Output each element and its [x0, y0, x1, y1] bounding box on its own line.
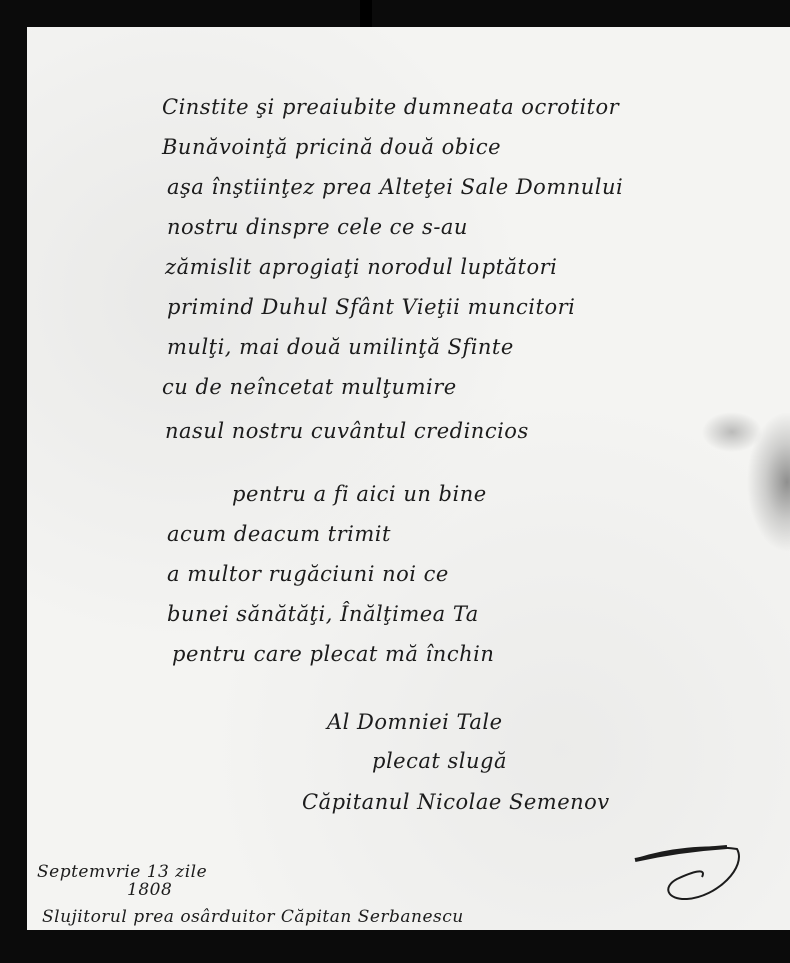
signature: Căpitanul Nicolae Semenov: [302, 790, 610, 814]
paragraph2-line: pentru a fi aici un bine: [232, 482, 487, 506]
body-line: Cinstite şi preaiubite dumneata ocrotito…: [162, 95, 619, 119]
closing-line: plecat slugă: [372, 749, 507, 773]
paragraph2-line: a multor rugăciuni noi ce: [167, 562, 449, 586]
paragraph2-line: bunei sănătăţi, Înălţimea Ta: [167, 602, 479, 626]
date-note: Septemvrie 13 zile: [37, 862, 207, 882]
closing-line: Al Domniei Tale: [327, 710, 503, 734]
body-line: nasul nostru cuvântul credincios: [165, 419, 529, 443]
body-line: aşa înştiinţez prea Alteţei Sale Domnulu…: [167, 175, 623, 199]
manuscript-page: Cinstite şi preaiubite dumneata ocrotito…: [27, 27, 790, 930]
signature-flourish: [627, 827, 747, 917]
scan-border-notch: [360, 0, 372, 27]
body-line: mulţi, mai două umilinţă Sfinte: [167, 335, 514, 359]
body-line: zămislit aprogiaţi norodul luptători: [165, 255, 557, 279]
body-line: nostru dinspre cele ce s-au: [167, 215, 468, 239]
paragraph2-line: pentru care plecat mă închin: [172, 642, 494, 666]
body-line: primind Duhul Sfânt Vieţii muncitori: [167, 295, 575, 319]
body-line: Bunăvoinţă pricină două obice: [162, 135, 501, 159]
footer-note: Slujitorul prea osârduitor Căpitan Serba…: [42, 907, 464, 927]
paragraph2-line: acum deacum trimit: [167, 522, 391, 546]
body-line: cu de neîncetat mulţumire: [162, 375, 457, 399]
